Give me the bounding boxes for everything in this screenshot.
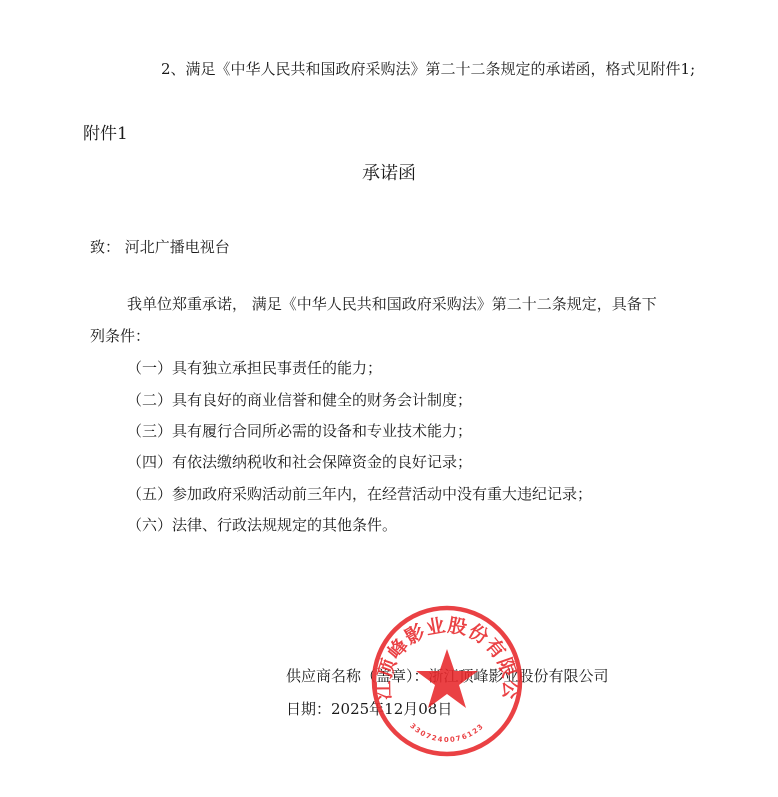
svg-text:3307240076123: 3307240076123 [408, 722, 485, 744]
condition-item: （一）具有独立承担民事责任的能力； [127, 358, 382, 378]
supplier-line: 供应商名称（盖章）：浙江顶峰影业股份有限公司 [286, 666, 609, 686]
recipient-line: 致： 河北广播电视台 [90, 237, 230, 257]
condition-item: （三）具有履行合同所必需的设备和专业技术能力； [127, 421, 472, 441]
page-title: 承诺函 [362, 164, 416, 184]
date-line: 日期：2025年12月08日 [286, 699, 452, 719]
attachment-label: 附件1 [83, 124, 128, 144]
condition-item: （五）参加政府采购活动前三年内，在经营活动中没有重大违纪记录； [127, 484, 592, 504]
paragraph-line-2: 列条件： [90, 326, 150, 346]
intro-line: 2、满足《中华人民共和国政府采购法》第二十二条规定的承诺函，格式见附件1; [161, 59, 695, 79]
condition-item: （四）有依法缴纳税收和社会保障资金的良好记录； [127, 452, 472, 472]
paragraph-line-1: 我单位郑重承诺， 满足《中华人民共和国政府采购法》第二十二条规定，具备下 [127, 294, 657, 314]
condition-item: （二）具有良好的商业信誉和健全的财务会计制度； [127, 390, 472, 410]
stamp-number: 3307240076123 [408, 722, 485, 744]
condition-item: （六）法律、行政法规规定的其他条件。 [127, 515, 397, 535]
